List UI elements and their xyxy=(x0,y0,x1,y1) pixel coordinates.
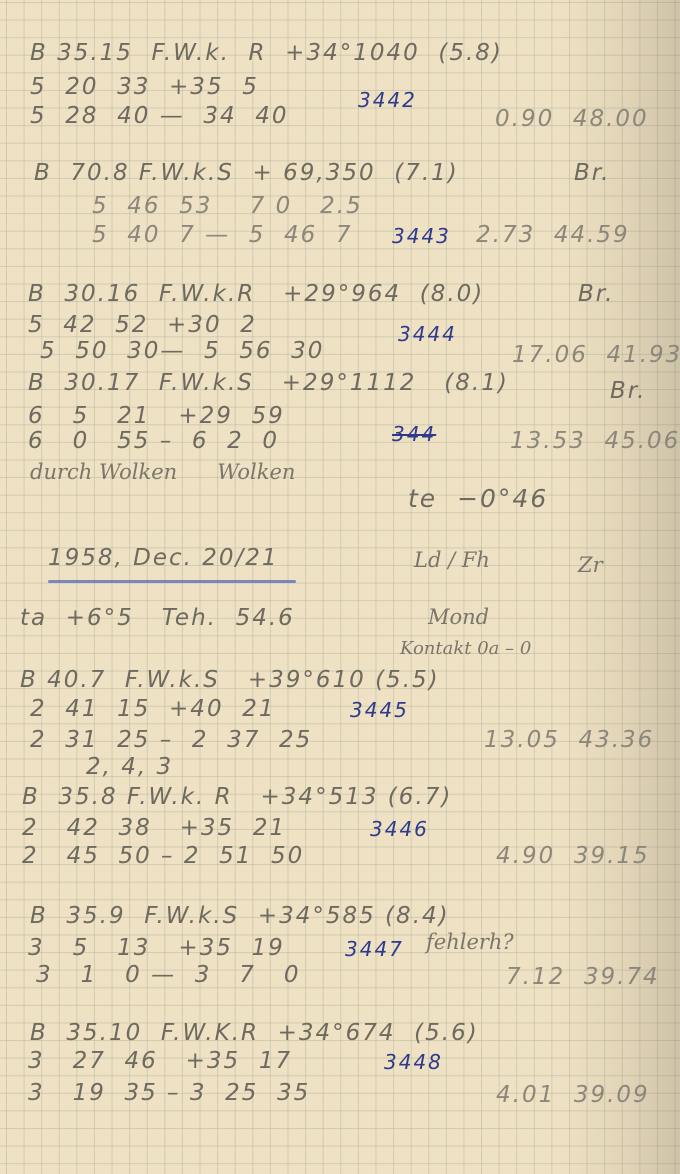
entry-7-remark: fehlerh? xyxy=(426,930,514,954)
entry-5-line2: 2 31 25 – 2 37 25 xyxy=(30,727,312,753)
entry-3-header: B 30.16 F.W.k.R +29°964 (8.0) xyxy=(28,281,484,307)
notebook-page: B 35.15 F.W.k. R +34°1040 (5.8) 5 20 33 … xyxy=(0,0,680,1174)
te-line: te −0°46 xyxy=(408,484,548,513)
entry-6-line2: 2 45 50 – 2 51 50 xyxy=(22,843,304,869)
entry-6-values: 4.90 39.15 xyxy=(496,843,650,869)
entry-4-remark: durch Wolken Wolken xyxy=(30,460,295,484)
entry-3-values: 17.06 41.93 xyxy=(512,342,680,368)
entry-8-header: B 35.10 F.W.K.R +34°674 (5.6) xyxy=(30,1020,479,1046)
entry-8-line2: 3 19 35 – 3 25 35 xyxy=(28,1080,310,1106)
entry-6-line1: 2 42 38 +35 21 xyxy=(22,815,286,841)
entry-8-plate-number: 3448 xyxy=(384,1050,443,1074)
entry-3-note: Br. xyxy=(578,281,614,307)
entry-2-values: 2.73 44.59 xyxy=(476,222,630,248)
entry-1-line2: 5 28 40 — 34 40 xyxy=(30,103,289,129)
entry-4-header: B 30.17 F.W.k.S +29°1112 (8.1) xyxy=(28,370,509,396)
entry-3-line1: 5 42 52 +30 2 xyxy=(28,312,257,338)
entry-4-note: Br. xyxy=(610,378,646,404)
entry-7-header: B 35.9 F.W.k.S +34°585 (8.4) xyxy=(30,903,450,929)
entry-2-line2: 5 40 7 — 5 46 7 xyxy=(92,222,353,248)
entry-3-line2: 5 50 30— 5 56 30 xyxy=(40,338,324,364)
entry-2-header: B 70.8 F.W.k.S + 69,350 (7.1) xyxy=(34,160,459,186)
date-underline xyxy=(48,580,296,583)
entry-8-values: 4.01 39.09 xyxy=(496,1082,650,1108)
ta-line: ta +6°5 Teh. 54.6 xyxy=(20,605,295,631)
entry-5-values: 13.05 43.36 xyxy=(484,727,654,753)
entry-2-line1: 5 46 53 7 0 2.5 xyxy=(92,193,363,219)
entry-2-note: Br. xyxy=(574,160,610,186)
entry-5-sub-note: 2, 4, 3 xyxy=(86,754,173,780)
entry-1-line1: 5 20 33 +35 5 xyxy=(30,74,259,100)
entry-2-plate-number: 3443 xyxy=(392,224,451,248)
entry-4-line1: 6 5 21 +29 59 xyxy=(28,403,285,429)
entry-7-line2: 3 1 0 — 3 7 0 xyxy=(36,962,300,988)
date-heading: 1958, Dec. 20/21 xyxy=(48,545,279,571)
entry-7-values: 7.12 39.74 xyxy=(506,964,660,990)
observers: Ld / Fh xyxy=(414,548,490,572)
observer-mark: Zr xyxy=(578,553,603,577)
entry-3-plate-number: 3444 xyxy=(398,322,457,346)
entry-5-plate-number: 3445 xyxy=(350,698,409,722)
entry-4-plate-number-struck: 344 xyxy=(392,422,436,446)
entry-1-plate-number: 3442 xyxy=(358,88,417,112)
entry-8-line1: 3 27 46 +35 17 xyxy=(28,1048,292,1074)
entry-6-header: B 35.8 F.W.k. R +34°513 (6.7) xyxy=(22,784,452,810)
entry-4-line2: 6 0 55 – 6 2 0 xyxy=(28,428,279,454)
entry-1-header: B 35.15 F.W.k. R +34°1040 (5.8) xyxy=(30,40,503,66)
moon-note: Mond xyxy=(428,605,489,629)
entry-4-values: 13.53 45.06 xyxy=(510,428,680,454)
entry-5-header: B 40.7 F.W.k.S +39°610 (5.5) xyxy=(20,667,440,693)
moon-note-2: Kontakt 0a – 0 xyxy=(400,638,531,659)
entry-1-values: 0.90 48.00 xyxy=(495,106,649,132)
entry-7-plate-number: 3447 xyxy=(345,937,404,961)
entry-5-line1: 2 41 15 +40 21 xyxy=(30,696,275,722)
entry-6-plate-number: 3446 xyxy=(370,817,429,841)
entry-7-line1: 3 5 13 +35 19 xyxy=(28,935,285,961)
